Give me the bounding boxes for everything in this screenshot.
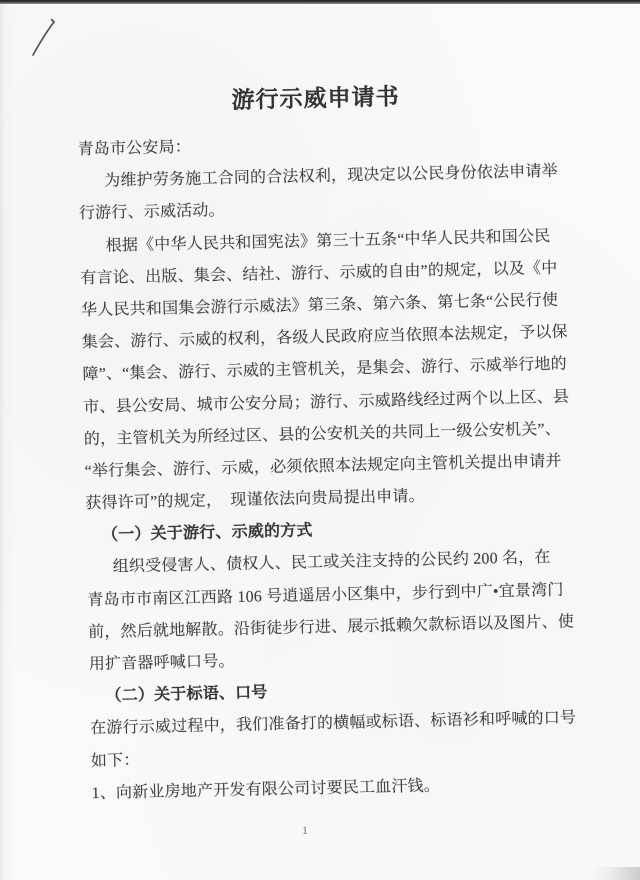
- scan-edge-top: [0, 0, 640, 4]
- document-body: 青岛市公安局：为维护劳务施工合同的合法权利，现决定以公民身份依法申请举行游行、示…: [77, 124, 570, 810]
- pen-mark-icon: [24, 14, 66, 64]
- scan-smudge-bottom-right: [588, 867, 640, 880]
- document-content: 游行示威申请书 青岛市公安局：为维护劳务施工合同的合法权利，现决定以公民身份依法…: [76, 75, 570, 810]
- page-number: 1: [302, 823, 308, 838]
- document-title: 游行示威申请书: [76, 75, 555, 118]
- scanned-document-page: 游行示威申请书 青岛市公安局：为维护劳务施工合同的合法权利，现决定以公民身份依法…: [0, 0, 640, 880]
